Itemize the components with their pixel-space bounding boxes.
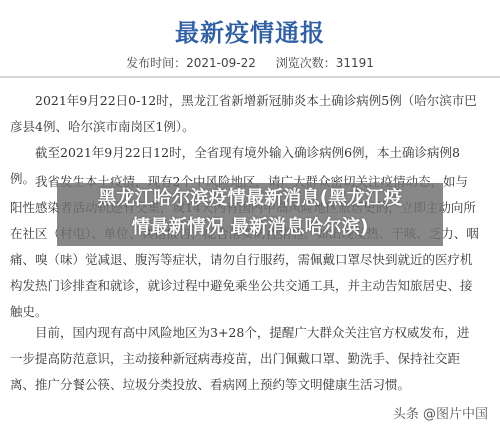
article-meta: 发布时间：2021-09-22 浏览次数：31191 [0,54,500,71]
headline-line-1: 黑龙江哈尔滨疫情最新消息(黑龙江疫 [57,184,443,213]
header-divider [0,76,500,78]
watermark: 头条 @图片中国 [393,403,488,422]
page-title: 最新疫情通报 [0,13,500,48]
headline-text: 黑龙江哈尔滨疫情最新消息(黑龙江疫 情最新情况 最新消息哈尔滨) [57,184,443,242]
headline-line-2: 情最新情况 最新消息哈尔滨) [57,213,443,242]
paragraph-4: 目前，国内现有高中风险地区为3+28个，提醒广大群众关注官方权威发布，进一步提高… [10,320,480,398]
paragraph-1: 2021年9月22日0-12时，黑龙江省新增新冠肺炎本土确诊病例5例（哈尔滨市巴… [10,88,480,140]
publish-time: 发布时间：2021-09-22 [126,56,256,70]
view-count: 浏览次数：31191 [276,56,374,70]
